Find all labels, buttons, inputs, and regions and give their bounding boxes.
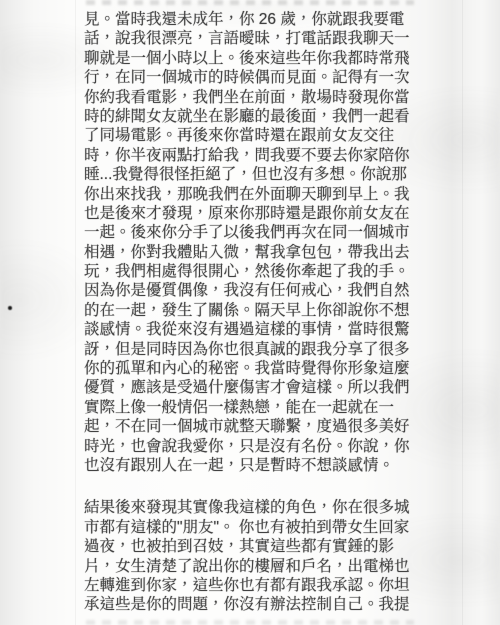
text-line: 也沒有跟別人在一起，只是暫時不想談感情。 [84,456,416,475]
text-line: 片，女生清楚了說出你的樓層和戶名，出電梯也 [84,557,416,576]
text-line: 也是後來才發現，原來你那時還是跟你前女友在 [84,204,416,223]
paragraph: 結果後來發現其實像我這樣的角色，你在很多城市都有這樣的"朋友"。 你也有被拍到帶… [84,498,416,614]
text-line: 睡...我覺得很怪拒絕了，但也沒有多想。你說那 [84,165,416,184]
text-line: 結果後來發現其實像我這樣的角色，你在很多城 [84,498,416,517]
vertical-seam-right [462,0,463,625]
text-line: 話，說我很漂亮，言語曖昧，打電話跟我聊天一 [84,29,416,48]
vertical-seam-left [75,0,76,625]
text-line: 你出來找我，那晚我們在外面聊天聊到早上。我 [84,185,416,204]
cropped-text-line-top [86,0,414,5]
text-line: 時光，也會說我愛你，只是沒有名份。你說，你 [84,437,416,456]
text-line: 過夜，也被拍到召妓，其實這些都有實錘的影 [84,537,416,556]
cropped-text-line-bottom [86,620,414,625]
text-line: 玩，我們相處得很開心，然後你牽起了我的手。 [84,262,416,281]
stray-dot-mark [8,306,12,310]
text-line: 一起。後來你分手了以後我們再次在同一個城市 [84,223,416,242]
text-line: 時的緋聞女友就坐在影廳的最後面，我們一起看 [84,107,416,126]
text-line: 相遇，你對我體貼入微，幫我拿包包，帶我出去 [84,243,416,262]
text-line: 你的孤單和內心的秘密。我當時覺得你形象這麼 [84,359,416,378]
text-line: 優質，應該是受過什麼傷害才會這樣。所以我們 [84,378,416,397]
document-photo: 見。當時我還未成年，你 26 歲，你就跟我要電話，說我很漂亮，言語曖昧，打電話跟… [0,0,500,625]
text-line: 因為你是優質偶像，我沒有任何戒心，我們自然 [84,281,416,300]
text-line: 實際上像一般情侶一樣熱戀，能在一起就在一 [84,398,416,417]
text-line: 訝，但是同時因為你也很真誠的跟我分享了很多 [84,340,416,359]
text-line: 承這些是你的問題，你沒有辦法控制自己。我提 [84,595,416,614]
text-line: 左轉進到你家，這些你也有都有跟我承認。你坦 [84,576,416,595]
text-block: 見。當時我還未成年，你 26 歲，你就跟我要電話，說我很漂亮，言語曖昧，打電話跟… [84,10,416,615]
text-line: 談感情。我從來沒有遇過這樣的事情，當時很驚 [84,320,416,339]
text-line: 見。當時我還未成年，你 26 歲，你就跟我要電 [84,10,416,29]
text-line: 了同場電影。再後來你當時還在跟前女友交往 [84,126,416,145]
text-line: 市都有這樣的"朋友"。 你也有被拍到帶女生回家 [84,518,416,537]
text-line: 行，在同一個城市的時候偶而見面。記得有一次 [84,68,416,87]
text-line: 的在一起，發生了關係。隔天早上你卻說你不想 [84,301,416,320]
text-line: 聊就是一個小時以上。後來這些年你我都時常飛 [84,49,416,68]
text-line: 你約我看電影，我們坐在前面，散場時發現你當 [84,88,416,107]
paragraph: 見。當時我還未成年，你 26 歲，你就跟我要電話，說我很漂亮，言語曖昧，打電話跟… [84,10,416,475]
text-line: 起，不在同一個城市就整天聯繫，度過很多美好 [84,417,416,436]
text-line: 時，你半夜兩點打給我，問我要不要去你家陪你 [84,146,416,165]
